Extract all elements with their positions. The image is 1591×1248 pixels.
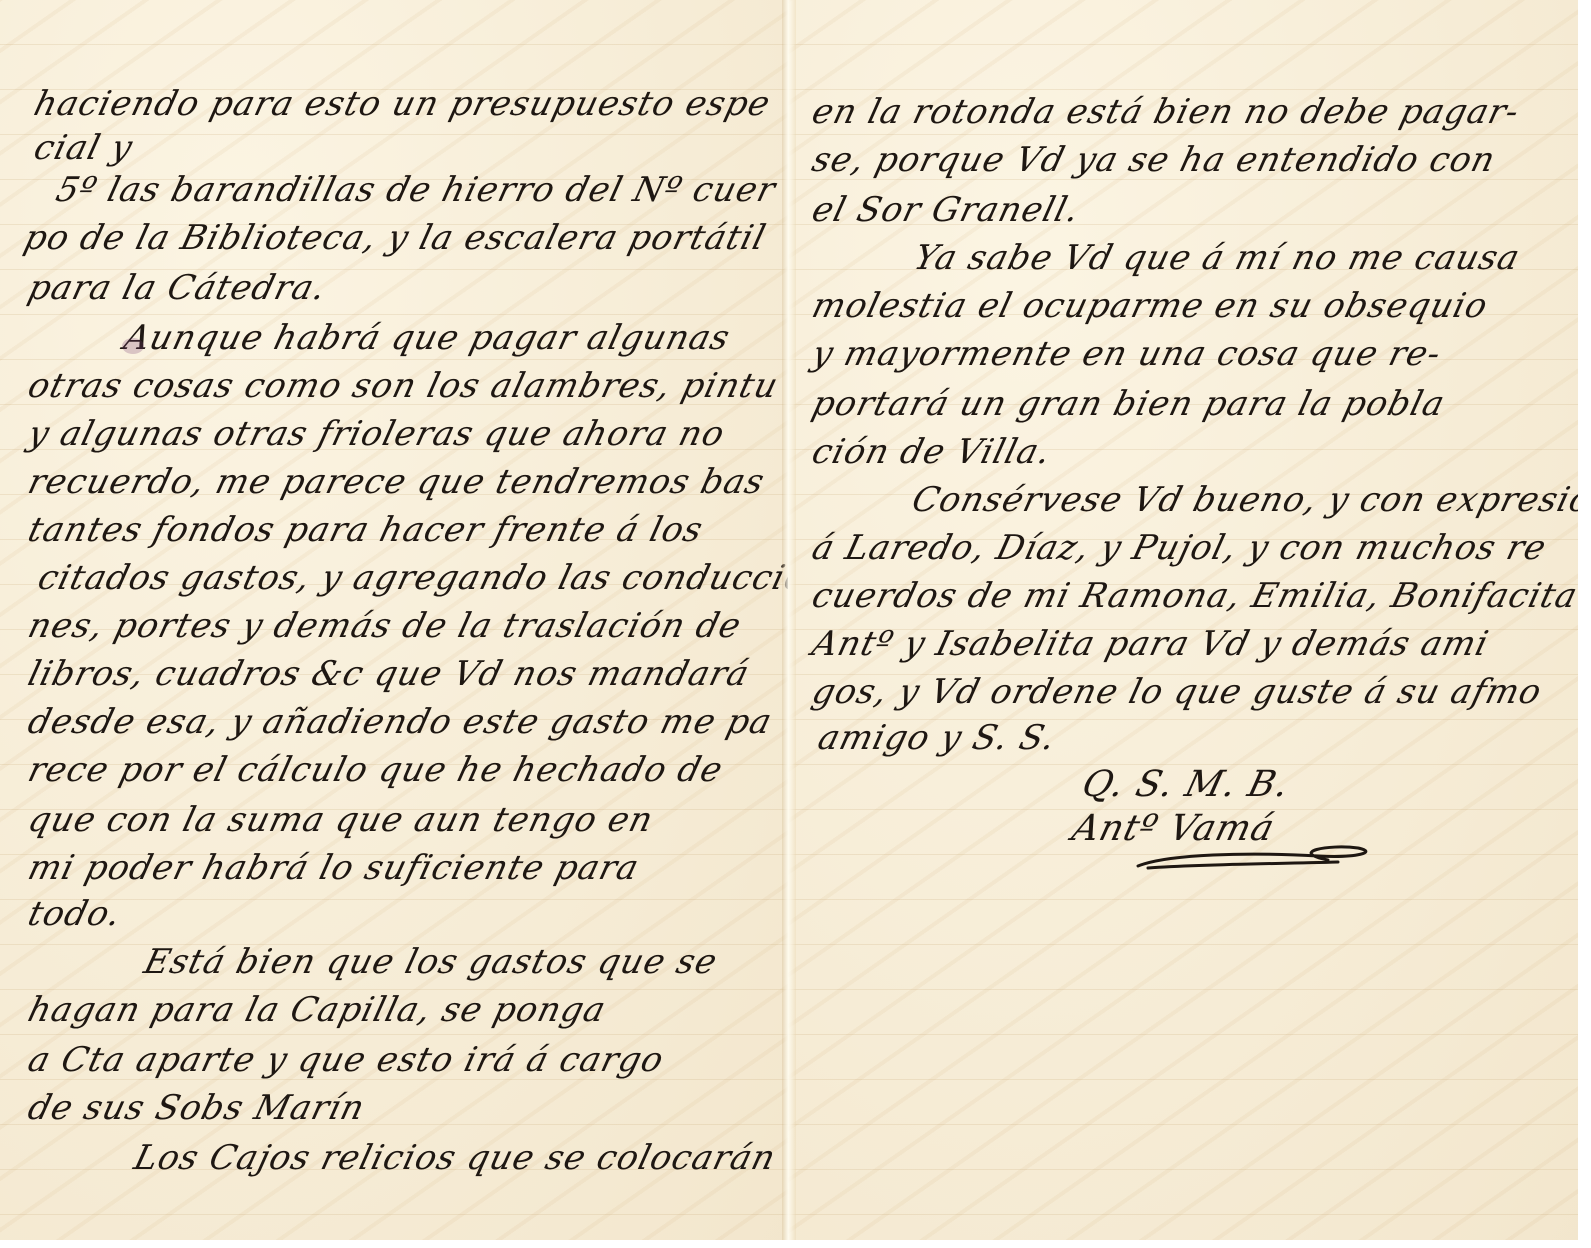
left-line-5: para la Cátedra. bbox=[24, 268, 330, 308]
left-line-2: cial y bbox=[30, 128, 137, 168]
left-line-4: po de la Biblioteca, y la escalera portá… bbox=[20, 218, 770, 258]
left-line-12: nes, portes y demás de la traslación de bbox=[24, 606, 746, 646]
left-line-20: hagan para la Capilla, se ponga bbox=[24, 990, 610, 1030]
left-line-10: tantes fondos para hacer frente á los bbox=[24, 510, 707, 550]
left-page: haciendo para esto un presupuesto espe c… bbox=[0, 0, 788, 1240]
signature-closing: Q. S. M. B. bbox=[1078, 764, 1294, 805]
ink-stain bbox=[122, 338, 144, 354]
right-page: en la rotonda está bien no debe pagar- s… bbox=[788, 0, 1578, 1240]
left-line-6: Aunque habrá que pagar algunas bbox=[120, 318, 734, 358]
left-line-8: y algunas otras frioleras que ahora no bbox=[24, 414, 729, 454]
left-line-13: libros, cuadros &c que Vd nos mandará bbox=[24, 654, 754, 694]
left-line-18: todo. bbox=[24, 894, 126, 934]
left-line-19: Está bien que los gastos que se bbox=[140, 942, 722, 982]
signature-block: Q. S. M. B. Antº Vamá bbox=[788, 0, 1578, 1240]
left-line-3: 5º las barandillas de hierro del Nº cuer bbox=[52, 170, 780, 210]
left-line-14: desde esa, y añadiendo este gasto me pa bbox=[24, 702, 776, 742]
left-line-9: recuerdo, me parece que tendremos bas bbox=[24, 462, 769, 502]
left-line-21: a Cta aparte y que esto irá á cargo bbox=[24, 1040, 668, 1080]
left-line-17: mi poder habrá lo suficiente para bbox=[24, 848, 643, 888]
center-fold bbox=[782, 0, 796, 1240]
signature-flourish-icon bbox=[1128, 842, 1378, 872]
left-line-1: haciendo para esto un presupuesto espe bbox=[30, 84, 775, 124]
left-line-22: de sus Sobs Marín bbox=[24, 1088, 369, 1128]
left-line-7: otras cosas como son los alambres, pintu bbox=[24, 366, 783, 406]
left-page-text: haciendo para esto un presupuesto espe c… bbox=[0, 0, 788, 1240]
left-line-23: Los Cajos relicios que se colocarán bbox=[130, 1138, 780, 1178]
left-line-16: que con la suma que aun tengo en bbox=[24, 800, 658, 840]
left-line-15: rece por el cálculo que he hechado de bbox=[24, 750, 727, 790]
left-line-11: citados gastos, y agregando las conducci… bbox=[34, 558, 788, 598]
